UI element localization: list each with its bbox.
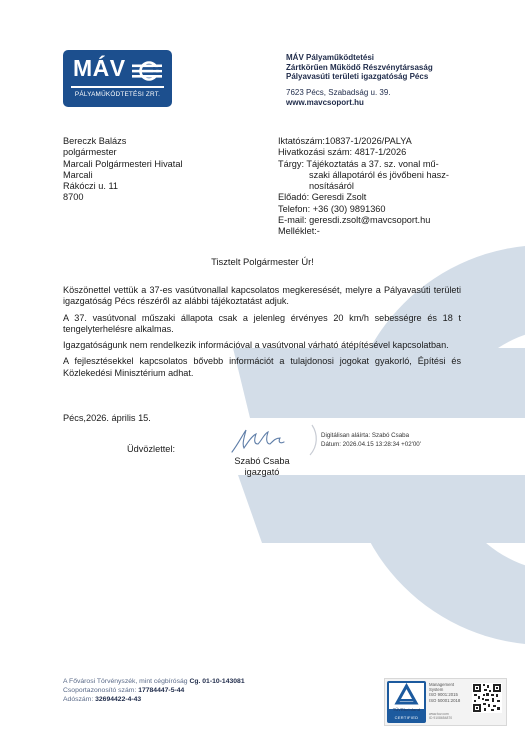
- body-paragraph: A fejlesztésekkel kapcsolatos bővebb inf…: [63, 356, 461, 379]
- letter-date: Pécs,2026. április 15.: [63, 413, 151, 423]
- signer-name: Szabó Csaba: [218, 456, 306, 467]
- cert-standards: Management System ISO 9001:2015 ISO 5000…: [429, 682, 460, 703]
- body-paragraph: Igazgatóságunk nem rendelkezik informáci…: [63, 340, 461, 351]
- handwritten-signature: [228, 426, 294, 456]
- recipient-block: Bereczk Balázs polgármester Marcali Polg…: [63, 136, 182, 204]
- presenter: Előadó: Geresdi Zsolt: [278, 192, 508, 203]
- court-registration: A Fővárosi Törvényszék, mint cégbíróság …: [63, 677, 245, 686]
- tuv-brand: TÜVRheinland: [387, 707, 426, 712]
- footer-legal: A Fővárosi Törvényszék, mint cégbíróság …: [63, 677, 245, 705]
- greeting: Üdvözlettel:: [127, 444, 175, 454]
- reference-number: Hivatkozási szám: 4817-1/2026: [278, 147, 508, 158]
- recipient-postcode: 8700: [63, 192, 182, 203]
- email[interactable]: E-mail: geresdi.zsolt@mavcsoport.hu: [278, 215, 508, 226]
- recipient-title: polgármester: [63, 147, 182, 158]
- registry-number: Iktatószám:10837-1/2026/PALYA: [278, 136, 508, 147]
- signature-bracket: [308, 424, 320, 456]
- qr-code-icon: [472, 683, 502, 713]
- tax-number: Adószám: 32694422-4-43: [63, 695, 245, 704]
- company-website[interactable]: www.mavcsoport.hu: [286, 98, 433, 108]
- signer: Szabó Csaba igazgató: [218, 456, 306, 479]
- tuv-triangle-icon: [389, 683, 424, 709]
- digital-signed-by: Digitálisan aláírta: Szabó Csaba: [321, 431, 421, 440]
- cert-url: www.tuv.com ID 9108654870: [429, 712, 452, 720]
- certification-badge: TÜVRheinland CERTIFIED Management System…: [384, 678, 507, 726]
- recipient-street: Rákóczi u. 11: [63, 181, 182, 192]
- mav-logo: MÁV PÁLYAMŰKÖDTETÉSI ZRT.: [63, 50, 172, 107]
- company-name-line1: MÁV Pályaműködtetési: [286, 53, 433, 63]
- group-id: Csoportazonosító szám: 17784447-5-44: [63, 686, 245, 695]
- subject-line-cont: nosításáról: [278, 181, 508, 192]
- company-name-line2: Zártkörűen Működő Részvénytársaság: [286, 63, 433, 73]
- company-name-line3: Pályavasúti területi igazgatóság Pécs: [286, 72, 433, 82]
- attachment: Melléklet:-: [278, 226, 508, 237]
- digital-signature-info: Digitálisan aláírta: Szabó Csaba Dátum: …: [321, 431, 421, 449]
- recipient-city: Marcali: [63, 170, 182, 181]
- logo-brand: MÁV: [73, 55, 126, 82]
- digital-sign-date: Dátum: 2026.04.15 13:28:34 +02'00': [321, 440, 421, 449]
- logo-subtitle: PÁLYAMŰKÖDTETÉSI ZRT.: [63, 91, 172, 98]
- body-paragraph: A 37. vasútvonal műszaki állapota csak a…: [63, 313, 461, 336]
- tuv-logo: TÜVRheinland CERTIFIED: [387, 681, 426, 723]
- recipient-name: Bereczk Balázs: [63, 136, 182, 147]
- letter-body: Köszönettel vettük a 37-es vasútvonallal…: [63, 285, 461, 384]
- logo-divider: [71, 86, 164, 88]
- reference-block: Iktatószám:10837-1/2026/PALYA Hivatkozás…: [278, 136, 508, 238]
- company-header: MÁV Pályaműködtetési Zártkörűen Működő R…: [286, 53, 433, 108]
- subject-line-cont: szaki állapotáról és jövőbeni hasz-: [278, 170, 508, 181]
- phone: Telefon: +36 (30) 9891360: [278, 204, 508, 215]
- subject-line: Tárgy: Tájékoztatás a 37. sz. vonal mű-: [278, 159, 508, 170]
- body-paragraph: Köszönettel vettük a 37-es vasútvonallal…: [63, 285, 461, 308]
- recipient-office: Marcali Polgármesteri Hivatal: [63, 159, 182, 170]
- company-address: 7623 Pécs, Szabadság u. 39.: [286, 88, 433, 98]
- salutation: Tisztelt Polgármester Úr!: [0, 256, 525, 267]
- signer-title: igazgató: [218, 467, 306, 478]
- tracks-symbol-icon: [132, 60, 162, 82]
- tuv-certified: CERTIFIED: [387, 715, 426, 720]
